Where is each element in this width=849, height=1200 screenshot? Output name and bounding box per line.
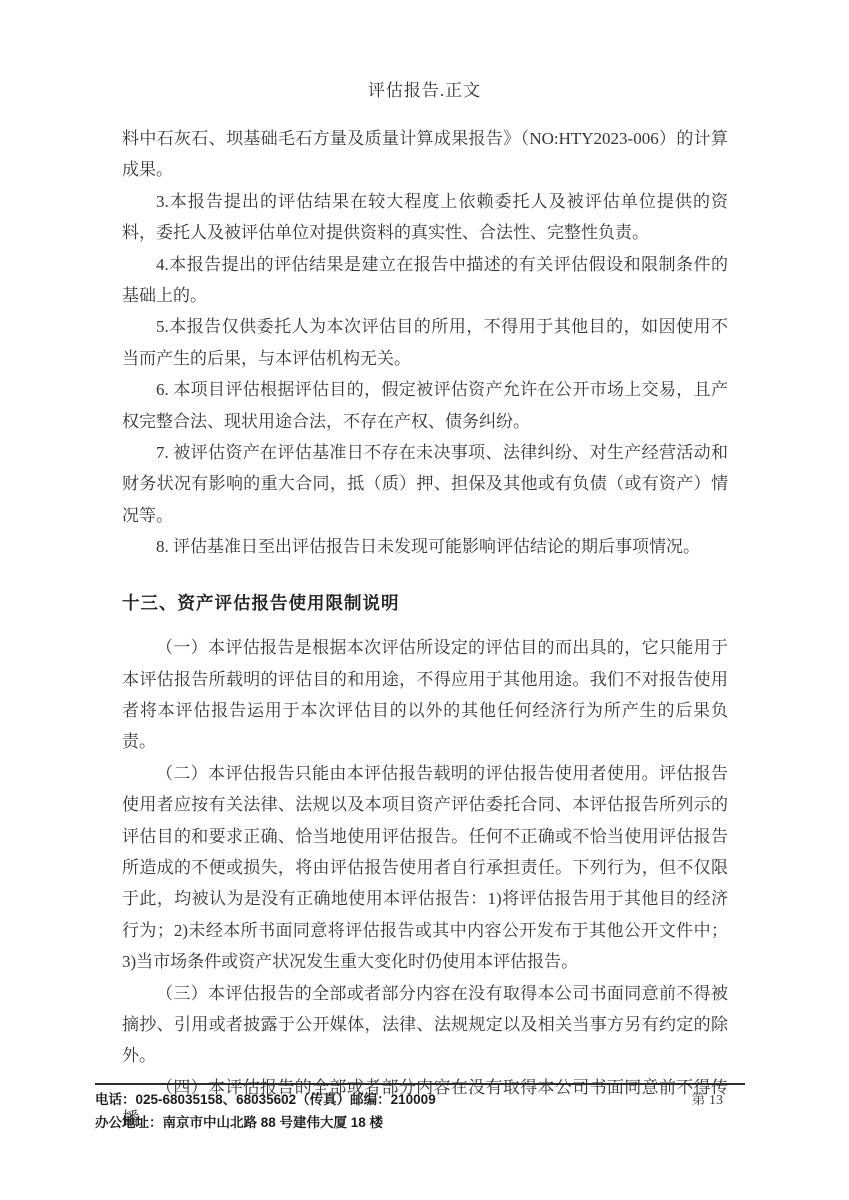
body-paragraph: 6. 本项目评估根据评估目的，假定被评估资产允许在公开市场上交易，且产权完整合法… bbox=[122, 374, 728, 437]
footer-row: 电话：025-68035158、68035602（传真）邮编：210009 第 … bbox=[95, 1089, 745, 1112]
body-paragraph-continuation: 料中石灰石、坝基础毛石方量及质量计算成果报告》（NO:HTY2023-006）的… bbox=[122, 123, 728, 186]
page-header-title: 评估报告.正文 bbox=[0, 76, 849, 101]
body-paragraph: 3.本报告提出的评估结果在较大程度上依赖委托人及被评估单位提供的资料，委托人及被… bbox=[122, 186, 728, 249]
section-heading: 十三、资产评估报告使用限制说明 bbox=[122, 588, 728, 619]
section-paragraph: （一）本评估报告是根据本次评估所设定的评估目的而出具的，它只能用于本评估报告所载… bbox=[122, 632, 728, 758]
section-paragraph: （三）本评估报告的全部或者部分内容在没有取得本公司书面同意前不得被摘抄、引用或者… bbox=[122, 978, 728, 1072]
body-paragraph: 7. 被评估资产在评估基准日不存在未决事项、法律纠纷、对生产经营活动和财务状况有… bbox=[122, 437, 728, 531]
page-footer: 电话：025-68035158、68035602（传真）邮编：210009 第 … bbox=[95, 1083, 745, 1134]
body-paragraph: 5.本报告仅供委托人为本次评估目的所用，不得用于其他目的，如因使用不当而产生的后… bbox=[122, 311, 728, 374]
footer-page-number: 第 13 bbox=[692, 1090, 746, 1112]
body-paragraph: 8. 评估基准日至出评估报告日未发现可能影响评估结论的期后事项情况。 bbox=[122, 531, 728, 562]
body-paragraph: 4.本报告提出的评估结果是建立在报告中描述的有关评估假设和限制条件的基础上的。 bbox=[122, 249, 728, 312]
section-paragraph: （二）本评估报告只能由本评估报告载明的评估报告使用者使用。评估报告使用者应按有关… bbox=[122, 758, 728, 978]
footer-contact-line: 电话：025-68035158、68035602（传真）邮编：210009 bbox=[95, 1089, 436, 1111]
document-body: 料中石灰石、坝基础毛石方量及质量计算成果报告》（NO:HTY2023-006）的… bbox=[122, 123, 728, 1135]
report-page: 评估报告.正文 料中石灰石、坝基础毛石方量及质量计算成果报告》（NO:HTY20… bbox=[0, 0, 849, 1200]
footer-address-line: 办公地址：南京市中山北路 88 号建伟大厦 18 楼 bbox=[95, 1112, 745, 1134]
